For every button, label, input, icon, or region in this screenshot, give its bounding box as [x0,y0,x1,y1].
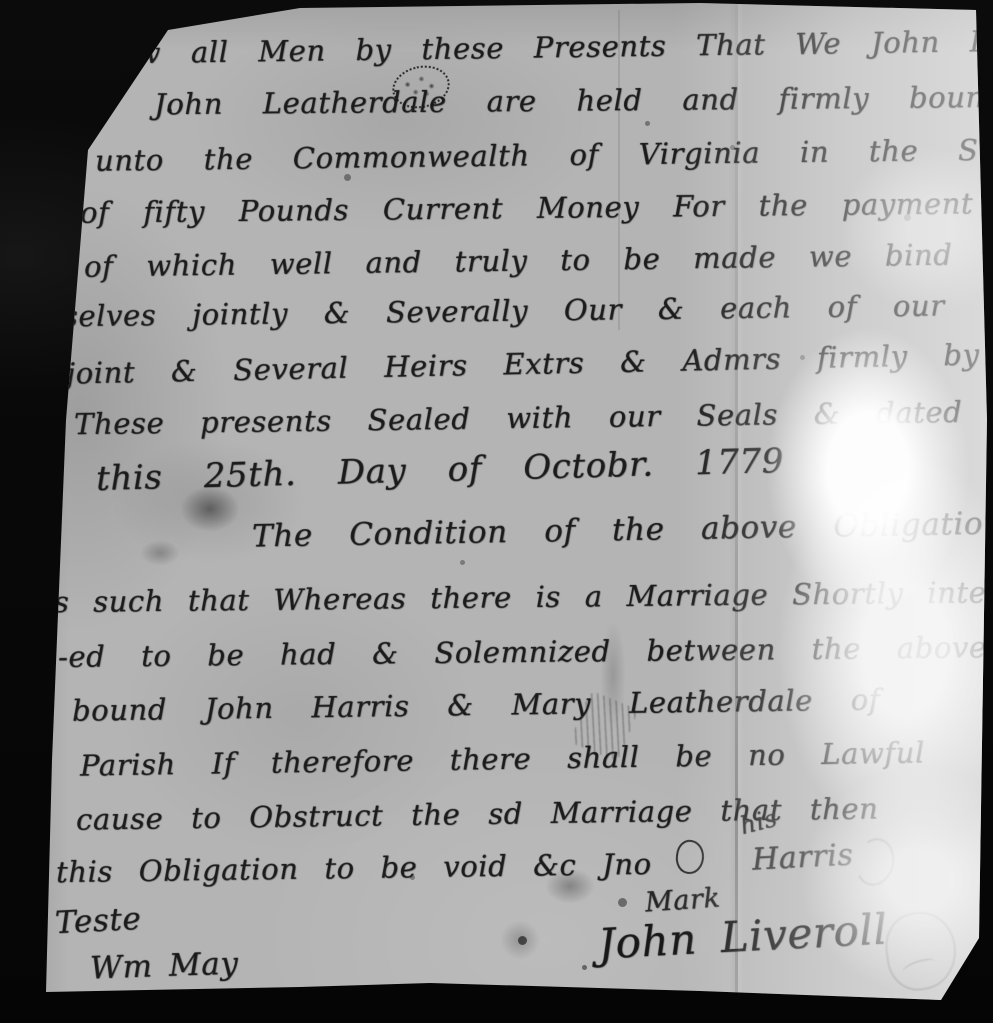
document-line: =selves jointly & Severally Our & each o… [38,288,945,333]
ink-smudge [180,486,240,532]
harris-signature-name: Harris [751,837,854,877]
document-line: joint & Several Heirs Extrs & Admrs firm… [66,337,980,390]
harris-seal-icon [851,834,899,890]
document-line: is such that Whereas there is a Marriage… [44,575,993,619]
document-line: bound John Harris & Mary Leatherdale of [72,682,881,727]
witness-signature: Wm May [89,945,239,986]
document-line: -ed to be had & Solemnized between the a… [58,630,987,674]
principal-seal-icon [881,908,961,995]
document-line: and John Leatherdale are held and firmly… [58,80,993,122]
document-line: of which well and truly to be made we bi… [84,236,993,283]
signature-mark-icon [674,838,706,876]
document-page: Know all Men by these Presents That We J… [0,0,993,1023]
document-line: of fifty Pounds Current Money For the pa… [80,186,973,229]
faint-fold-crease [618,10,620,330]
principal-signature: John Liveroll [597,904,889,968]
stamp-dots [398,70,444,104]
vertical-fold-crease [735,0,738,1023]
seal-flourish [901,955,937,977]
document-line: These presents Sealed with our Seals & d… [74,395,963,441]
teste-label: Teste [54,901,142,941]
ink-smudge [500,920,540,960]
ink-smudge [545,868,595,904]
document-line: Know all Men by these Presents That We J… [76,23,993,71]
document-condition-line: The Condition of the above Obligation [252,505,993,554]
ink-smudge [140,540,180,566]
document-line: unto the Commonwealth of Virginia in the… [95,132,993,177]
document-line: Parish If therefore there shall be no La… [80,735,925,782]
ink-specks [167,108,172,113]
